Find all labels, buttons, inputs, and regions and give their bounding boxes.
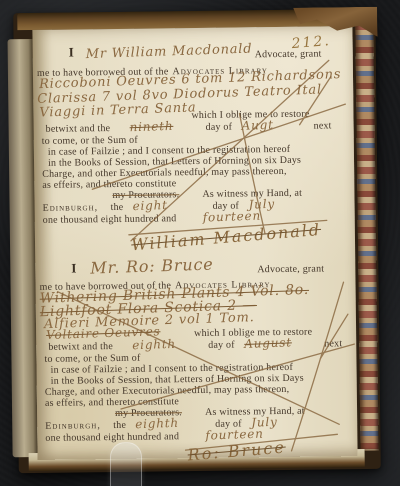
marbled-fore-edge bbox=[355, 23, 378, 451]
edinburgh-label: Edinburgh, bbox=[45, 420, 101, 432]
sign-day-handwritten: eight bbox=[132, 198, 168, 213]
return-day-handwritten: eighth bbox=[132, 337, 176, 352]
return-day-handwritten: nineth bbox=[129, 119, 173, 134]
advocates-library-register-book: 212. I Mr William Macdonald Advocate, gr… bbox=[13, 9, 381, 473]
sign-day-handwritten: eighth bbox=[135, 416, 179, 431]
signing-date-line: Edinburgh, the eighth day of July bbox=[37, 417, 357, 421]
edinburgh-label: Edinburgh, bbox=[43, 202, 99, 214]
year-handwritten: fourteen bbox=[202, 209, 261, 225]
next-label: next bbox=[324, 338, 342, 349]
advocate-grant-label: Advocate, grant bbox=[255, 48, 322, 60]
plastic-page-holder bbox=[110, 442, 142, 486]
entry1-opening-line: I Mr William Macdonald bbox=[69, 41, 253, 61]
borrower-name: Mr William Macdonald bbox=[86, 42, 253, 63]
the-label: the bbox=[113, 420, 126, 431]
return-month-handwritten: Augt bbox=[241, 118, 274, 133]
return-month-handwritten: August bbox=[244, 335, 292, 351]
the-label: the bbox=[111, 202, 124, 213]
next-label: next bbox=[314, 120, 332, 131]
year-prefix: one thousand eight hundred and bbox=[45, 431, 179, 444]
photo-of-borrowing-register: 212. I Mr William Macdonald Advocate, gr… bbox=[0, 0, 400, 486]
day-of-label: day of bbox=[206, 122, 233, 133]
opening-word: I bbox=[71, 260, 76, 275]
register-page: 212. I Mr William Macdonald Advocate, gr… bbox=[32, 26, 357, 460]
betwixt-label: betwixt and the bbox=[46, 123, 111, 135]
year-prefix: one thousand eight hundred and bbox=[43, 213, 177, 226]
opening-word: I bbox=[69, 44, 74, 59]
signing-date-line: Edinburgh, the eight day of July bbox=[35, 199, 355, 203]
betwixt-label: betwixt and the bbox=[48, 341, 113, 353]
day-of-label: day of bbox=[208, 340, 235, 351]
borrower-signature-struck: William Macdonald bbox=[130, 220, 321, 255]
